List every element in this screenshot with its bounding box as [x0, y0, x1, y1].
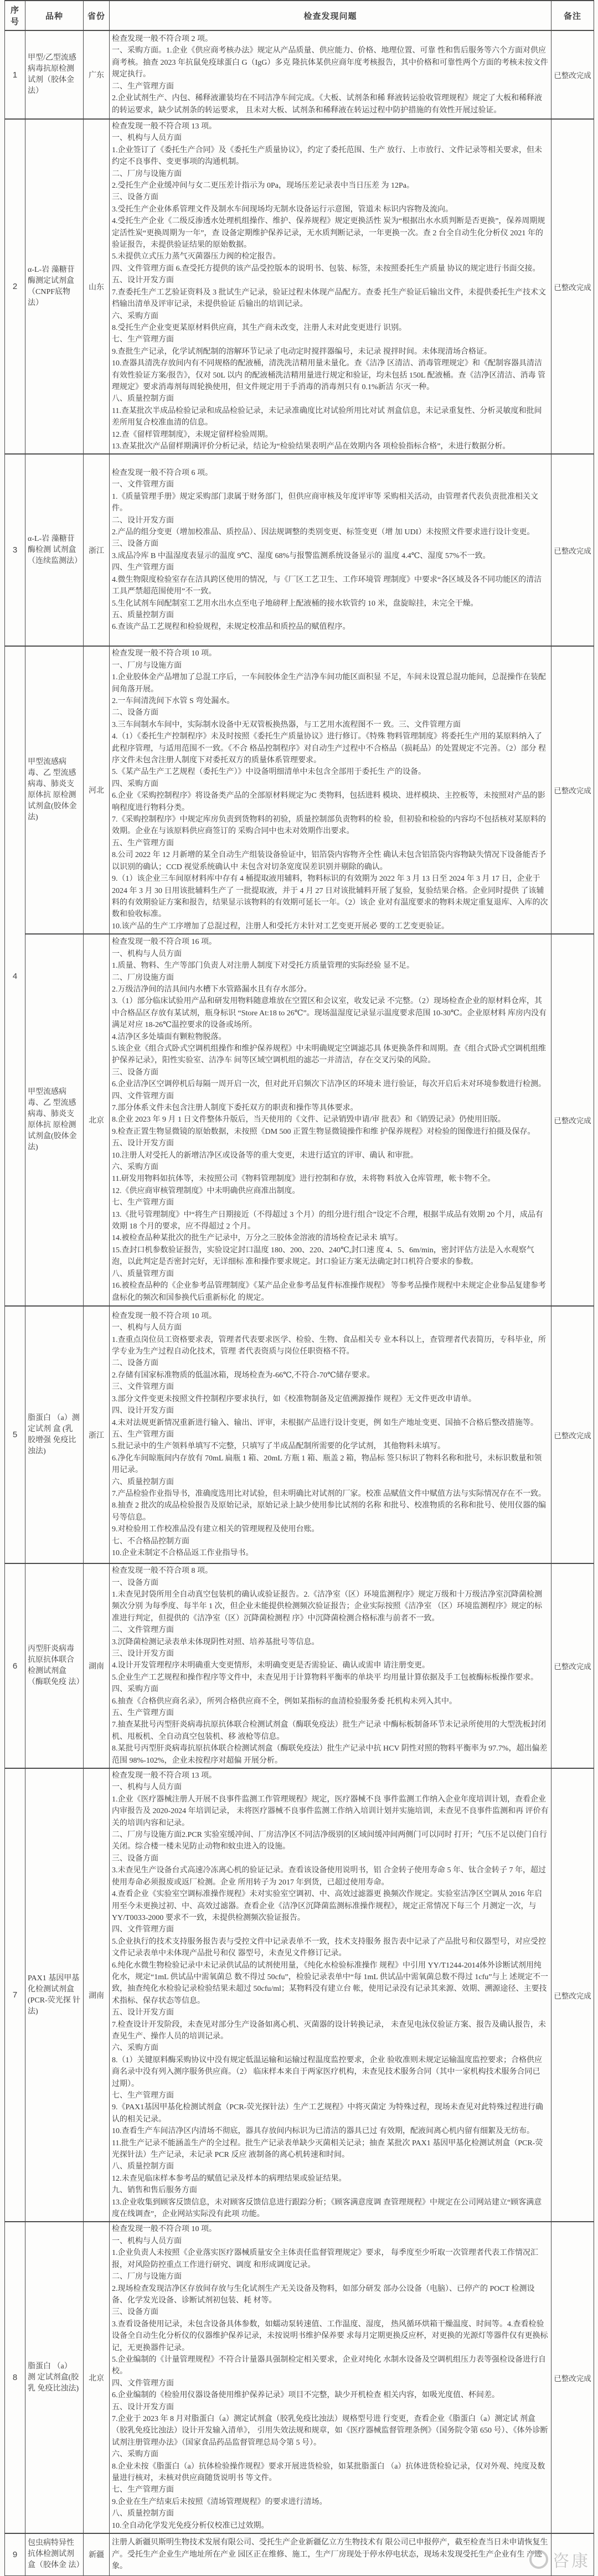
cell-remark: 已整改完成 [551, 454, 594, 646]
cell-product: 包虫病特异性 抗体检测试剂 盒（胶体金 法） [25, 2533, 84, 2575]
finding-paragraph: 9.检查正置生物显微镜的原始数据，未按照《DM 500 正置生物显微镜操作和维 … [112, 1126, 549, 1138]
finding-paragraph: 二、设备方面 [112, 707, 549, 719]
finding-paragraph: 5.生化试剂车间配制室工艺用水出水点至电子地磅秤上配液桶的接水软管约 10 米，… [112, 598, 549, 610]
finding-paragraph: 8.（1）关键原料酶采购协议中没有规定低温运输和运输过程温度监控要求，企业 验收… [112, 2054, 549, 2090]
finding-paragraph: 11.查某批次半成品检验记录和成品检验记录，未记录准确度比对试验所用比对试 剂盒… [112, 405, 549, 429]
col-header-findings: 检查发现问题 [110, 1, 551, 30]
finding-paragraph: 7.抽查某批号丙型肝炎病毒抗原抗体联合检测试剂盒（酶联免疫法）批生产记录 中酶标… [112, 1719, 549, 1743]
document-page: 序号 品种 省份 检查发现问题 备注 1甲型/乙型流感病毒抗原检测试剂（胶体金法… [0, 0, 598, 2576]
cell-province: 广东 [84, 30, 110, 119]
cell-remark: 已整改完成 [551, 1563, 594, 1768]
cell-province: 北京 [84, 934, 110, 1306]
cell-findings: 检查发现一般不符合项 2 项。一、采购方面。1.企业《供应商考核办法》规定从产品… [110, 30, 551, 119]
finding-paragraph: 四、文件管理方面 6.查受托方提供的该产品受控版本的说明书、包装、标签，未按照委… [112, 263, 549, 275]
cell-province: 湖南 [84, 1563, 110, 1768]
finding-paragraph: 7.《采购控制程序》中规定库房负责到货物料的初验，质量控制部负责物料的检 验，但… [112, 814, 549, 838]
table-row: 3α-L-岩 藻糖苷酶检测 试剂盒（连续监测法）浙江检查发现一般不符合项 6 项… [5, 454, 594, 646]
finding-paragraph: 4.查看企业《实验室空调标准操作规程》未对实验室空调初、中、高效过滤器更 换频次… [112, 1888, 549, 1924]
finding-paragraph: 16.被检查品种的《企业参考品管理制度》《某产品企业参考品复件标准操作规程》 等… [112, 1280, 549, 1304]
cell-province: 新疆 [84, 2533, 110, 2575]
finding-paragraph: 二、设计开发方面 [112, 515, 549, 526]
finding-paragraph: 八、质量控制方面 [112, 393, 549, 405]
finding-paragraph: 1.《质量管理手册》规定采购部门隶属于财务部门，但供应商审核及年度评审等 采购相… [112, 491, 549, 515]
finding-paragraph: 11.批生产记录不能涵盖生产的全过程。批生产记录表单缺少灭菌相关记录；抽查 某批… [112, 2138, 549, 2161]
cell-remark: 已整改完成 [551, 1768, 594, 2222]
finding-paragraph: 3.查看设备使用记录，未包含设备具体参数，如蠕动泵转速值、工作温度、湿度， 热风… [112, 2319, 549, 2354]
finding-paragraph: 6.净化车间晾瓶间内存放有 70mL 扁瓶 1 箱、20mL 方瓶 1 箱、瓶盖… [112, 1453, 549, 1477]
finding-paragraph: 13.《批号管理制度》中“将生产日期接近（不得超过 3 个月）的组分进行组合”设… [112, 1209, 549, 1233]
finding-paragraph: 一、设备方面 [112, 1577, 549, 1589]
finding-paragraph: 三、设备方面 [112, 1853, 549, 1865]
cell-findings: 检查发现一般不符合项 13 项。一、机构与人员方面1.企业签订了《委托生产合同》… [110, 119, 551, 454]
finding-paragraph: 五、生产管理方面 [112, 1707, 549, 1719]
finding-paragraph: 5.该企业《组合式卧式空调机组操作和维护保养规程》中未明确规定空调滤芯具 体更换… [112, 1043, 549, 1067]
finding-paragraph: 6.企业编制的《检验用仪器设备使用维护保养记录》项目不完整，缺少开机检查 相关内… [112, 2389, 549, 2401]
finding-paragraph: 三、文件管理方面 [112, 1381, 549, 1393]
finding-paragraph: 8.受托生产企业变更某原材料供应商，其生产商未改变，注册人未对此变更进行 识别。 [112, 322, 549, 334]
finding-paragraph: 10.该产品的生产工序增加了总混过程，注册人和受托方未针对工艺变更开展必 要的工… [112, 921, 549, 932]
finding-paragraph: 12.《供应商审核管理制度》中未明确供应商准出制度。 [112, 1185, 549, 1197]
finding-paragraph: 2.企业试剂生产、内包、稀释液灌装均在不同洁净车间完成。《大板、试剂条和稀 释液… [112, 92, 549, 116]
finding-paragraph: 七、不合格品控制方面 [112, 1536, 549, 1547]
finding-paragraph: 1.企业签订了《委托生产合同》及《委托生产质量协议》，约定了委托范围、生产 放行… [112, 144, 549, 168]
finding-paragraph: 1.企业胶体金产品增加了总混工序后，一车间胶体金生产洁净车间功能区面积显 不足，… [112, 672, 549, 695]
finding-paragraph: 9.企业在生产结束后未按照《清场管理规程》的要求进行清场。 [112, 2496, 549, 2508]
finding-paragraph: 三、设备方面 [112, 192, 549, 203]
cell-province: 浙江 [84, 1306, 110, 1563]
finding-paragraph: 四、采购方面 [112, 1684, 549, 1695]
finding-paragraph: 一、文件管理方面 [112, 479, 549, 491]
finding-paragraph: 7.查委托生产工艺验证资料及 3 批试生产记录，验证过程未体现产品配方。查委 托… [112, 287, 549, 311]
finding-paragraph: 一、机构与人员方面 [112, 2236, 549, 2247]
cell-product: 丙型肝炎病毒 抗原抗体联合 检测试剂盒 （酶联免疫 法） [25, 1563, 84, 1768]
finding-paragraph: 10.企业未制定不合格品返工作业指导书。 [112, 1547, 549, 1559]
cell-province: 河北 [84, 646, 110, 934]
finding-paragraph: 9.《PAX1基因甲基化检测试剂盒（PCR-荧光探针法）生产工艺规程》中将灭菌定… [112, 2102, 549, 2125]
cell-province: 山东 [84, 119, 110, 454]
finding-paragraph: 1.未查见封袋所用全自动真空包装机的确认或验证报告。2.《洁净室（区）环境监测程… [112, 1589, 549, 1624]
cell-remark: 已整改完成 [551, 30, 594, 119]
finding-paragraph: 3.沉降菌检测记录表单未体现阴性对照、培养基批号等信息。 [112, 1637, 549, 1648]
finding-paragraph: 3.部分文件变更未按照文件控制程序要求执行，如《校准物制备及定值溯源操作 规程》… [112, 1393, 549, 1405]
cell-product: α-L-岩 藻糖苷酶测定试剂盒（CNPF底物法） [25, 119, 84, 454]
finding-paragraph: 15.查封口机参数验证报告，实验设定封口温度 180、200、220、240℃,… [112, 1245, 549, 1268]
finding-paragraph: 5.企业生产工艺规程和操作程序等文件中，未查见用于计算物料平衡率的单块平 均用量… [112, 1672, 549, 1684]
finding-paragraph: 10.查器具清洗存放间内有不同规格的配液桶，清洗洗洁精用量未量化。查《洁净 区清… [112, 358, 549, 393]
finding-paragraph: 三、设备方面 [112, 2306, 549, 2318]
finding-paragraph: 6.企业《采购控制程序》将设备类产品的全部原材料规定为C 类物料，包括进料 模块… [112, 790, 549, 814]
finding-paragraph: 六、采购方面 [112, 2449, 549, 2460]
finding-paragraph: 14.被检查品种某批次的批生产记录中，万分之三胶体金溶液的清场检查记录未 填写。 [112, 1232, 549, 1244]
finding-paragraph: 检查发现一般不符合项 10 项。 [112, 1310, 549, 1322]
finding-paragraph: 二、厂房与设施方面 [112, 168, 549, 180]
cell-remark: 已整改完成 [551, 119, 594, 454]
finding-paragraph: 一、机构与人员方面 [112, 1782, 549, 1793]
finding-paragraph: 5.《某产品生产工艺规程（委托生产）》中设备明细清单中未包含全部用于委托生 产的… [112, 766, 549, 778]
finding-paragraph: 二、文件管理方面 [112, 1624, 549, 1636]
finding-paragraph: 8.企业 2023 年 9 月 1 日文件整体升版后，当天使用的《文件、记录销毁… [112, 1114, 549, 1126]
finding-paragraph: 检查发现一般不符合项 6 项。 [112, 467, 549, 479]
finding-paragraph: 11.研发用物料如抗体等，未按照公司《物料管理制度》进行控制和存放，未将物 料放… [112, 1173, 549, 1185]
finding-paragraph: 12.未查见临床样本参考品的赋值记录及样本的病理结果或验证结果。 [112, 2173, 549, 2185]
finding-paragraph: 4.微生物限度检验室存在洁具跨区使用的情况，与《厂区工艺卫生、工作环境管 理制度… [112, 574, 549, 598]
cell-product: 甲型/乙型流感病毒抗原检测试剂（胶体金法） [25, 30, 84, 119]
finding-paragraph: 4.未对法规更新情况重新进行输入、输出、评审，未根据产品进行设计变更，例 如生产… [112, 1417, 549, 1429]
table-row: 8脂蛋白 （a） 测 定试剂盒(胶乳 免疫比浊法)北京检查发现一般不符合项 10… [5, 2222, 594, 2533]
finding-paragraph: 四、生产管理方面 [112, 562, 549, 574]
finding-paragraph: 7.产品检验作业指导书，准确度选用比对试验，但未明确比对试剂的厂家。校准 品赋值… [112, 1488, 549, 1524]
finding-paragraph: 4.设计开发管理程序未明确重大变更情形，未明确变更是否需验证、确认或需申 请注册… [112, 1660, 549, 1671]
finding-paragraph: 5.未提供立式压力蒸气灭菌器压力阀的检定报告。 [112, 251, 549, 262]
finding-paragraph: 二、厂房设施方面 [112, 972, 549, 984]
col-header-product: 品种 [25, 1, 84, 30]
finding-paragraph: 7.企业于 2023 年 8 月对脂蛋白（a）测定试剂盒（胶乳免疫比浊法）规格型… [112, 2413, 549, 2449]
cell-no: 6 [5, 1563, 25, 1768]
cell-province: 北京 [84, 2222, 110, 2533]
inspection-findings-table: 序号 品种 省份 检查发现问题 备注 1甲型/乙型流感病毒抗原检测试剂（胶体金法… [4, 0, 594, 2576]
finding-paragraph: 1.查重点岗位员工资格要求表，管理者代表要求医学、检验、生物、食品相关专 业本科… [112, 1334, 549, 1358]
cell-findings: 注册人新疆贝斯明生物技术发展有限公司、受托生产企业新疆亿立方生物技术有 限公司已… [110, 2533, 551, 2575]
finding-paragraph: 八、质量控制方面 [112, 2161, 549, 2172]
finding-paragraph: 10.全自动化学发光免疫分析仪校准已过效期。 [112, 2520, 549, 2532]
finding-paragraph: 9.对检验用工作校准品没有建立相关的管理规程及使用台账。 [112, 1524, 549, 1535]
cell-no: 3 [5, 454, 25, 646]
col-header-remark: 备注 [551, 1, 594, 30]
finding-paragraph: 3.（1）部分临床试验用产品和研发用物料随意堆放在空置区和会议室，收发记录 不完… [112, 995, 549, 1031]
cell-product: 脂蛋白 （a） 测 定试剂盒(胶乳 免疫比浊法) [25, 2222, 84, 2533]
finding-paragraph: 四、采购方面 [112, 778, 549, 790]
finding-paragraph: 一、机构与人员方面 [112, 132, 549, 144]
finding-paragraph: 五、设计开发方面 [112, 1138, 549, 1149]
finding-paragraph: 七、生产管理方面 [112, 2484, 549, 2496]
finding-paragraph: 二、厂房与设施方面 [112, 2271, 549, 2283]
cell-no: 4 [5, 646, 25, 1306]
table-row: 4甲型流感病 毒、乙 型流感 病毒、肺炎支 原体抗 原检测 试剂盒(胶体金 法)… [5, 646, 594, 934]
cell-remark: 已整改完成 [551, 646, 594, 934]
cell-no: 8 [5, 2222, 25, 2533]
finding-paragraph: 三、设备方面 [112, 1067, 549, 1078]
finding-paragraph: 六、质量控制方面 [112, 1477, 549, 1488]
finding-paragraph: 一、机构与人员方面 [112, 1322, 549, 1334]
table-row: 1甲型/乙型流感病毒抗原检测试剂（胶体金法）广东检查发现一般不符合项 2 项。一… [5, 30, 594, 119]
finding-paragraph: 六、采购方面 [112, 311, 549, 322]
finding-paragraph: 9.查批生产记录，化学试剂配制的溶解环节记录了电动定时搅拌器编号，未记录 搅拌时… [112, 346, 549, 358]
finding-paragraph: 3.受托生产企业体系管理文件及制水车间现场均无制水设备运行示意图，管道未 标识内… [112, 204, 549, 215]
finding-paragraph: 检查发现一般不符合项 10 项。 [112, 648, 549, 659]
finding-paragraph: 7.部分体系文件未包含注册人制度下委托双方的职责和操作等具体要求。 [112, 1102, 549, 1114]
finding-paragraph: 五、生产管理方面 [112, 1429, 549, 1441]
finding-paragraph: 检查发现一般不符合项 13 项。 [112, 1770, 549, 1782]
finding-paragraph: 七、生产管理方面 [112, 1197, 549, 1209]
finding-paragraph: 二、生产管理方面 [112, 81, 549, 92]
cell-findings: 检查发现一般不符合项 10 项。一、机构与人员方面1.查重点岗位员工资格要求表，… [110, 1306, 551, 1563]
finding-paragraph: 八、质量控制方面 [112, 2508, 549, 2520]
cell-findings: 检查发现一般不符合项 13 项。一、机构与人员方面1.企业《医疗器械注册人开展不… [110, 1768, 551, 2222]
finding-paragraph: 七、生产管理方面 [112, 2090, 549, 2102]
finding-paragraph: 二、设备方面 [112, 1357, 549, 1369]
header-row: 序号 品种 省份 检查发现问题 备注 [5, 1, 594, 30]
table-row: 7PAX1 基因甲基 化检测试剂盒 (PCR-荧光探 针法)湖南检查发现一般不符… [5, 1768, 594, 2222]
table-row: 5脂蛋白 （a）测 定试剂 盒 (乳 胶增强 免疫比 浊法)浙江检查发现一般不符… [5, 1306, 594, 1563]
finding-paragraph: 13.企业收集到顾客反馈信息，未对顾客反馈信息进行跟踪分析；《顾客满意度调 查管… [112, 2197, 549, 2221]
finding-paragraph: 9.（1）该企业三车间原材料库中存有 4 桶提取液用辅料，物料标识的有效期为 2… [112, 873, 549, 921]
cell-remark: 已整改完成 [551, 1306, 594, 1563]
col-header-no: 序号 [5, 1, 25, 30]
finding-paragraph: 8.企业未按《脂蛋白（a）抗体检验操作规程》要求开展进货检验，如某批脂蛋白 （a… [112, 2461, 549, 2485]
finding-paragraph: 6.查该产品工艺规程和检验规程，未规定校准品和质控品的赋值程序。 [112, 621, 549, 633]
finding-paragraph: 三、设计开发方面 [112, 1648, 549, 1660]
cell-findings: 检查发现一般不符合项 10 项。一、厂房与设施方面1.企业胶体金产品增加了总混工… [110, 646, 551, 934]
finding-paragraph: 6.抽查《合格供应商名录》，所列合格供应商不全，例如某指标的血清检验服务委 托机… [112, 1696, 549, 1707]
cell-product: 甲型流感病 毒、乙 型流感 病毒、肺炎支 原体抗 原检测 试剂盒(胶体金 法) [25, 934, 84, 1306]
cell-product: 甲型流感病 毒、乙 型流感 病毒、肺炎支 原体抗 原检测 试剂盒(胶体金 法) [25, 646, 84, 934]
table-row: 2α-L-岩 藻糖苷酶测定试剂盒（CNPF底物法）山东检查发现一般不符合项 13… [5, 119, 594, 454]
finding-paragraph: 2.存储有国家标准物质的低温冰箱，现场检查为-66℃,不符合-70℃储存要求。 [112, 1370, 549, 1381]
cell-no: 7 [5, 1768, 25, 2222]
cell-province: 浙江 [84, 454, 110, 646]
finding-paragraph: 2.产品的组分变更（增加校准品、质控品）、因法规调整的类别变更、标签变更（增 加… [112, 526, 549, 538]
table-body: 1甲型/乙型流感病毒抗原检测试剂（胶体金法）广东检查发现一般不符合项 2 项。一… [5, 30, 594, 2575]
finding-paragraph: 注册人新疆贝斯明生物技术发展有限公司、受托生产企业新疆亿立方生物技术有 限公司已… [112, 2537, 549, 2572]
finding-paragraph: 4.受托生产企业《二级反渗透水处理机组操作、维护、保养规程》规定更换活性 炭为“… [112, 215, 549, 251]
finding-paragraph: 检查发现一般不符合项 16 项。 [112, 936, 549, 948]
finding-paragraph: 九、销售和售后服务方面 [112, 2185, 549, 2196]
finding-paragraph: 五、设计开发方面 [112, 2007, 549, 2019]
finding-paragraph: 一、采购方面。1.企业《供应商考核办法》规定从产品质量、供应能力、价格、地理位置… [112, 45, 549, 80]
finding-paragraph: 2.现场检查发现洁净区存放间存放与生化试剂生产无关设备及物料，如部分研发 部办公… [112, 2283, 549, 2307]
finding-paragraph: 6.纯化水微生物检验记录中未记录供试品的试剂使用量，《纯化水检验标准操作 规程》… [112, 1960, 549, 2007]
finding-paragraph: 四、设计开发方面 [112, 1405, 549, 1417]
finding-paragraph: 检查发现一般不符合项 10 项。 [112, 2223, 549, 2235]
cell-remark: 已整改完成 [551, 934, 594, 1306]
finding-paragraph: 2.一车间清洗间下水管 S 弯处漏水。 [112, 695, 549, 707]
finding-paragraph: 5.企业编制的《计量管理规程》不符合计量器具强制检定相关要求，企业对纯化 水制水… [112, 2354, 549, 2378]
cell-no: 1 [5, 30, 25, 119]
cell-no: 5 [5, 1306, 25, 1563]
finding-paragraph: 5.企业执行的技术支持服务报告表与受控文件中记录表单不一致，技术支持服务 报告表… [112, 1936, 549, 1960]
finding-paragraph: 3.三车间制水车间中，实际制水设备中无双管板换热器，与工艺用水流程图不一 致。三… [112, 719, 549, 731]
finding-paragraph: 13.查某批次产品留样期满评价分析记录，结论为“检验结果表明产品在效期内各 项检… [112, 441, 549, 452]
finding-paragraph: 检查发现一般不符合项 13 项。 [112, 121, 549, 132]
finding-paragraph: 10.查看生产车间洁净区内清场不彻底，器具存放间内标识为已清洁的器具已过 有效期… [112, 2125, 549, 2137]
table-row: 9包虫病特异性 抗体检测试剂 盒（胶体金 法）新疆注册人新疆贝斯明生物技术发展有… [5, 2533, 594, 2575]
table-row: 6丙型肝炎病毒 抗原抗体联合 检测试剂盒 （酶联免疫 法）湖南检查发现一般不符合… [5, 1563, 594, 1768]
cell-findings: 检查发现一般不符合项 10 项。一、机构与人员方面1.企业负责人未按照《企业落实… [110, 2222, 551, 2533]
cell-product: 脂蛋白 （a）测 定试剂 盒 (乳 胶增强 免疫比 浊法) [25, 1306, 84, 1563]
cell-remark [551, 2533, 594, 2575]
cell-findings: 检查发现一般不符合项 8 项。一、设备方面1.未查见封袋所用全自动真空包装机的确… [110, 1563, 551, 1768]
finding-paragraph: 8.公司 2022 年 12 月新增的某全自动生产组装设备验证中，铝箔袋内容物齐… [112, 849, 549, 873]
finding-paragraph: 10.注册人对受托人的新增洁净区或设备等的重大变更，未进行适宜的评审、确认 和审… [112, 1150, 549, 1161]
finding-paragraph: 检查发现一般不符合项 2 项。 [112, 33, 549, 45]
finding-paragraph: 7.检查设计开发阶段，未查见对部分生产设备如离心机、灭菌器的设计转换记录， 未查… [112, 2019, 549, 2043]
finding-paragraph: 1.企业《医疗器械注册人开展不良事件监测工作管理规程》规定，医疗器械不良 事件监… [112, 1794, 549, 1829]
finding-paragraph: 一、厂房与设施方面 [112, 660, 549, 672]
finding-paragraph: 2.万级洁净间的洁具间内水槽下水管路漏水且有存水部分。 [112, 984, 549, 995]
finding-paragraph: 1.质量、物料、生产等部门负责人对注册人制度下对受托方质量管理的实际经验 显不足… [112, 960, 549, 972]
finding-paragraph: 6.企业洁净区空调停机后每隔一周开启一次，但对此开启频次下洁净区的环境未 进行验… [112, 1078, 549, 1090]
finding-paragraph: 3.成品冷库 B 中温湿度表显示的温度 9℃、湿度 68%与报警监测系统设备显示… [112, 550, 549, 562]
finding-paragraph: 八、质量管理方面 [112, 1268, 549, 1280]
finding-paragraph: 一、机构与人员方面 [112, 948, 549, 960]
finding-paragraph: 12.查《留样管理制度》，未规定留样检验周期。 [112, 429, 549, 441]
finding-paragraph: 二、厂房与设施方面2.PCR 实验室缓冲间、厂房洁净区不同洁净级别的区域间缓冲间… [112, 1829, 549, 1853]
cell-findings: 检查发现一般不符合项 6 项。一、文件管理方面1.《质量管理手册》规定采购部门隶… [110, 454, 551, 646]
cell-no: 9 [5, 2533, 25, 2575]
cell-remark: 已整改完成 [551, 2222, 594, 2533]
finding-paragraph: 5.批记录中的生产领料单填写不完整，只填写了半成品配制所需要的化学试剂， 其他物… [112, 1441, 549, 1452]
finding-paragraph: 五、设计开发方面 [112, 2402, 549, 2413]
finding-paragraph: 2.受托生产企业缓冲间与女二更压差计指示为 0Pa，现场压差记录表中当日压差 为… [112, 180, 549, 192]
finding-paragraph: 六、采购方面 [112, 2042, 549, 2054]
finding-paragraph: 1.企业负责人未按照《企业落实医疗器械质量安全主体责任监督管理规定》要求， 每季… [112, 2247, 549, 2271]
finding-paragraph: 检查发现一般不符合项 8 项。 [112, 1565, 549, 1577]
cell-product: PAX1 基因甲基 化检测试剂盒 (PCR-荧光探 针法) [25, 1768, 84, 2222]
finding-paragraph: 七、生产管理方面 [112, 334, 549, 345]
finding-paragraph: 四、文件管理方面 [112, 1924, 549, 1935]
finding-paragraph: 3.未查见生产设备台式高速冷冻离心机的验证记录。查看该设备使用说明书，铝 合金转… [112, 1865, 549, 1888]
cell-findings: 检查发现一般不符合项 16 项。一、机构与人员方面1.质量、物料、生产等部门负责… [110, 934, 551, 1306]
finding-paragraph: 五、生产管理方面 [112, 838, 549, 849]
finding-paragraph: 8.某批号丙型肝炎病毒抗原抗体联合检测试剂盒（酶联免疫法）批生产记录中抗 HCV… [112, 1743, 549, 1767]
cell-no: 2 [5, 119, 25, 454]
cell-province: 湖南 [84, 1768, 110, 2222]
finding-paragraph: 四、文件管理方面 [112, 2378, 549, 2389]
finding-paragraph: 六、采购方面 [112, 1161, 549, 1173]
col-header-province: 省份 [84, 1, 110, 30]
table-row: 甲型流感病 毒、乙 型流感 病毒、肺炎支 原体抗 原检测 试剂盒(胶体金 法)北… [5, 934, 594, 1306]
cell-product: α-L-岩 藻糖苷酶检测 试剂盒（连续监测法） [25, 454, 84, 646]
finding-paragraph: 四、文件管理方面 [112, 1091, 549, 1102]
finding-paragraph: 4.洁净区多处墙面有颗粒物脱落。 [112, 1031, 549, 1043]
finding-paragraph: 五、设计开发方面 [112, 275, 549, 286]
finding-paragraph: 4.（1）《委托生产控制程序》未及时按照《委托生产质量协议》进行修订。《特殊 物… [112, 731, 549, 766]
finding-paragraph: 五、质量控制方面 [112, 610, 549, 621]
finding-paragraph: 三、设备方面 [112, 538, 549, 550]
